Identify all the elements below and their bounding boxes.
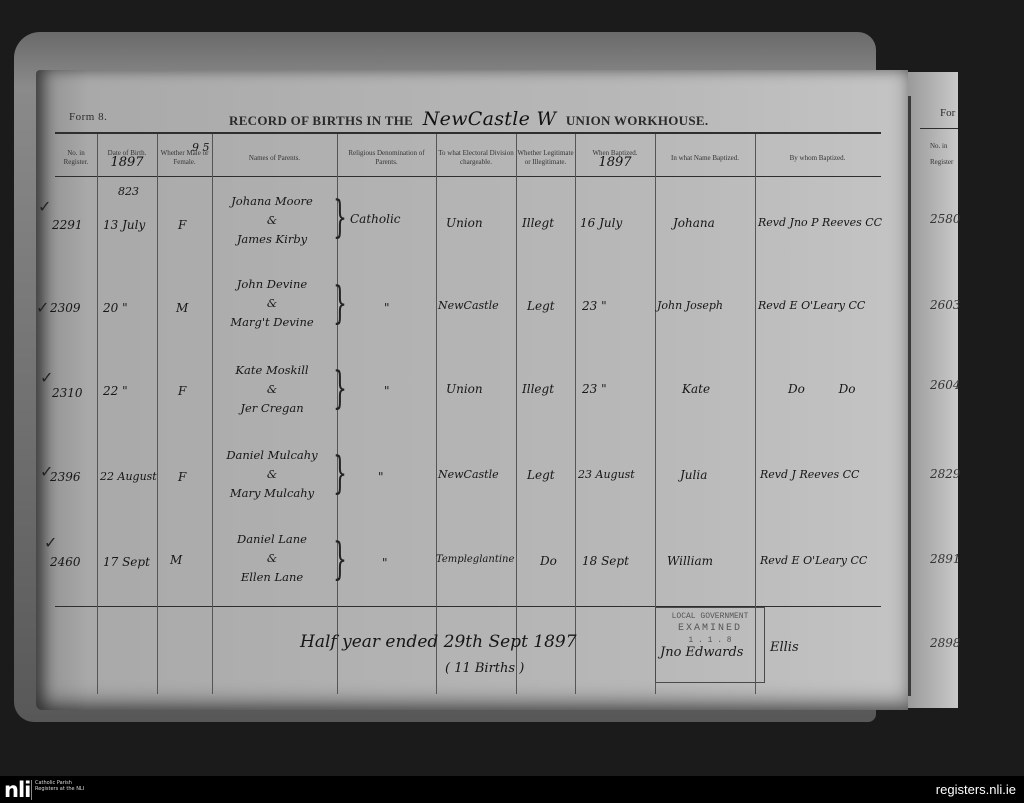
signature-2: Ellis — [770, 640, 799, 655]
parent-ampersand: & — [212, 211, 332, 230]
register-number: 2291 — [52, 218, 83, 232]
next-page-form-label: For — [940, 107, 955, 119]
brace-icon: } — [333, 367, 347, 411]
col-header-legitimacy: Whether Legitimate or Illegitimate. — [516, 140, 575, 176]
parent-1: Kate Moskill — [212, 361, 332, 380]
legitimacy: Legt — [527, 299, 555, 313]
parent-ampersand: & — [212, 380, 332, 399]
parent-ampersand: & — [212, 465, 332, 484]
parents: Johana Moore & James Kirby — [212, 192, 332, 249]
baptized-by: Revd J Reeves CC — [760, 468, 859, 481]
register-number: 2309 — [50, 301, 81, 315]
col-header-when-baptized: When Baptized. 1897 — [575, 140, 655, 176]
footer-bar: nli Catholic Parish Registers at the NLI… — [0, 776, 1024, 803]
title-handwritten-union: NewCastle W — [423, 108, 557, 130]
parent-2: Jer Cregan — [212, 399, 332, 418]
division: Templeglantine — [436, 554, 514, 565]
sex: M — [170, 553, 182, 567]
title-suffix: UNION WORKHOUSE. — [566, 113, 709, 128]
next-page-col-header-1: No. in — [930, 138, 953, 154]
parents: John Devine & Marg't Devine — [212, 275, 332, 332]
col-header-register-no: No. in Register. — [55, 140, 97, 176]
next-page-number: 2891 — [930, 552, 961, 566]
religion: " — [378, 470, 384, 484]
register-number: 2396 — [50, 470, 81, 484]
next-page-number: 2603 — [930, 298, 961, 312]
form-label: Form 8. — [69, 111, 107, 123]
parent-ampersand: & — [212, 549, 332, 568]
legitimacy: Legt — [527, 468, 555, 482]
column-divider — [157, 134, 158, 694]
baptized-by: Revd E O'Leary CC — [760, 554, 867, 567]
baptized-name: William — [667, 554, 713, 568]
division: NewCastle — [438, 299, 499, 312]
header-year-birth: 1897 — [110, 158, 143, 167]
legitimacy: Illegt — [522, 216, 554, 230]
col-header-date-of-birth: Date of Birth. 1897 — [97, 140, 157, 176]
nli-logo[interactable]: nli — [4, 779, 30, 801]
birth-date: 22 " — [103, 384, 128, 398]
parent-1: Johana Moore — [212, 192, 332, 211]
next-page-col-header: No. in Register — [930, 138, 953, 170]
col-header-baptized-name: In what Name Baptized. — [655, 140, 755, 176]
parent-2: Marg't Devine — [212, 313, 332, 332]
sex: F — [178, 384, 186, 398]
table-top-rule — [55, 132, 881, 134]
next-page-number: 2580 — [930, 212, 961, 226]
logo-divider — [31, 780, 32, 800]
religion: Catholic — [350, 212, 401, 226]
parents: Kate Moskill & Jer Cregan — [212, 361, 332, 418]
header-annotation: 9 5 — [192, 141, 210, 154]
title-prefix: RECORD OF BIRTHS IN THE — [229, 113, 413, 128]
check-mark-icon: ✓ — [36, 298, 49, 317]
legitimacy: Do — [540, 554, 557, 568]
birth-date: 20 " — [103, 301, 128, 315]
next-page-rule — [920, 128, 958, 129]
sex: M — [176, 301, 188, 315]
baptized-by: Revd Jno P Reeves CC — [758, 216, 882, 229]
header-year-baptized: 1897 — [598, 158, 631, 167]
sex: F — [178, 470, 186, 484]
parent-2: James Kirby — [212, 230, 332, 249]
baptism-date: 23 " — [582, 299, 607, 313]
col-header-baptized-by: By whom Baptized. — [755, 140, 880, 176]
brace-icon: } — [333, 538, 347, 582]
column-divider — [516, 134, 517, 694]
col-header-parents: Names of Parents. — [212, 140, 337, 176]
baptism-date: 18 Sept — [582, 554, 629, 568]
logo-caption: Catholic Parish Registers at the NLI — [35, 780, 95, 792]
header-bottom-rule — [55, 176, 881, 177]
check-mark-icon: ✓ — [38, 197, 51, 216]
parents: Daniel Mulcahy & Mary Mulcahy — [212, 446, 332, 503]
page-spine — [908, 96, 911, 696]
baptism-date: 23 " — [582, 382, 607, 396]
next-page-number: 2604 — [930, 378, 961, 392]
parent-2: Ellen Lane — [212, 568, 332, 587]
parent-1: John Devine — [212, 275, 332, 294]
column-divider — [436, 134, 437, 694]
birth-date: 17 Sept — [103, 555, 150, 569]
half-year-summary: Half year ended 29th Sept 1897 — [300, 632, 577, 652]
next-page-number: 2898 — [930, 636, 961, 650]
births-count: ( 11 Births ) — [445, 661, 524, 676]
division: Union — [446, 216, 483, 230]
religion: " — [382, 556, 388, 570]
baptized-name: John Joseph — [657, 299, 723, 312]
register-number: 2460 — [50, 555, 81, 569]
parents: Daniel Lane & Ellen Lane — [212, 530, 332, 587]
page-title: RECORD OF BIRTHS IN THE NewCastle W UNIO… — [229, 108, 708, 130]
column-divider — [575, 134, 576, 694]
baptism-date: 16 July — [580, 216, 622, 230]
parent-ampersand: & — [212, 294, 332, 313]
brace-icon: } — [333, 196, 347, 240]
stamp-line-1: LOCAL GOVERNMENT — [656, 612, 764, 621]
baptized-by: Do Do — [788, 382, 856, 396]
baptized-by: Revd E O'Leary CC — [758, 299, 865, 312]
baptism-date: 23 August — [578, 468, 635, 481]
brace-icon: } — [333, 452, 347, 496]
margin-note: 823 — [118, 185, 139, 198]
column-divider — [97, 134, 98, 694]
division: NewCastle — [438, 468, 499, 481]
birth-date: 13 July — [103, 218, 145, 232]
site-link[interactable]: registers.nli.ie — [936, 782, 1016, 797]
stamp-line-3: 1 . 1 . 8 — [656, 636, 764, 645]
birth-date: 22 August — [100, 470, 157, 483]
baptized-name: Julia — [680, 468, 707, 482]
religion: " — [384, 384, 390, 398]
image-viewer: Form 8. RECORD OF BIRTHS IN THE NewCastl… — [0, 0, 1024, 776]
parent-1: Daniel Lane — [212, 530, 332, 549]
parent-2: Mary Mulcahy — [212, 484, 332, 503]
register-number: 2310 — [52, 386, 83, 400]
next-page-col-header-2: Register — [930, 154, 953, 170]
col-header-division: To what Electoral Division chargeable. — [436, 140, 516, 176]
parent-1: Daniel Mulcahy — [212, 446, 332, 465]
col-header-religion: Religious Denomination of Parents. — [337, 140, 436, 176]
stamp-line-2: EXAMINED — [656, 623, 764, 634]
check-mark-icon: ✓ — [40, 368, 53, 387]
brace-icon: } — [333, 282, 347, 326]
sex: F — [178, 218, 186, 232]
check-mark-icon: ✓ — [44, 533, 57, 552]
baptized-name: Johana — [673, 216, 715, 230]
religion: " — [384, 301, 390, 315]
division: Union — [446, 382, 483, 396]
signature: Jno Edwards — [660, 645, 743, 660]
next-page-number: 2829 — [930, 467, 961, 481]
legitimacy: Illegt — [522, 382, 554, 396]
baptized-name: Kate — [682, 382, 710, 396]
